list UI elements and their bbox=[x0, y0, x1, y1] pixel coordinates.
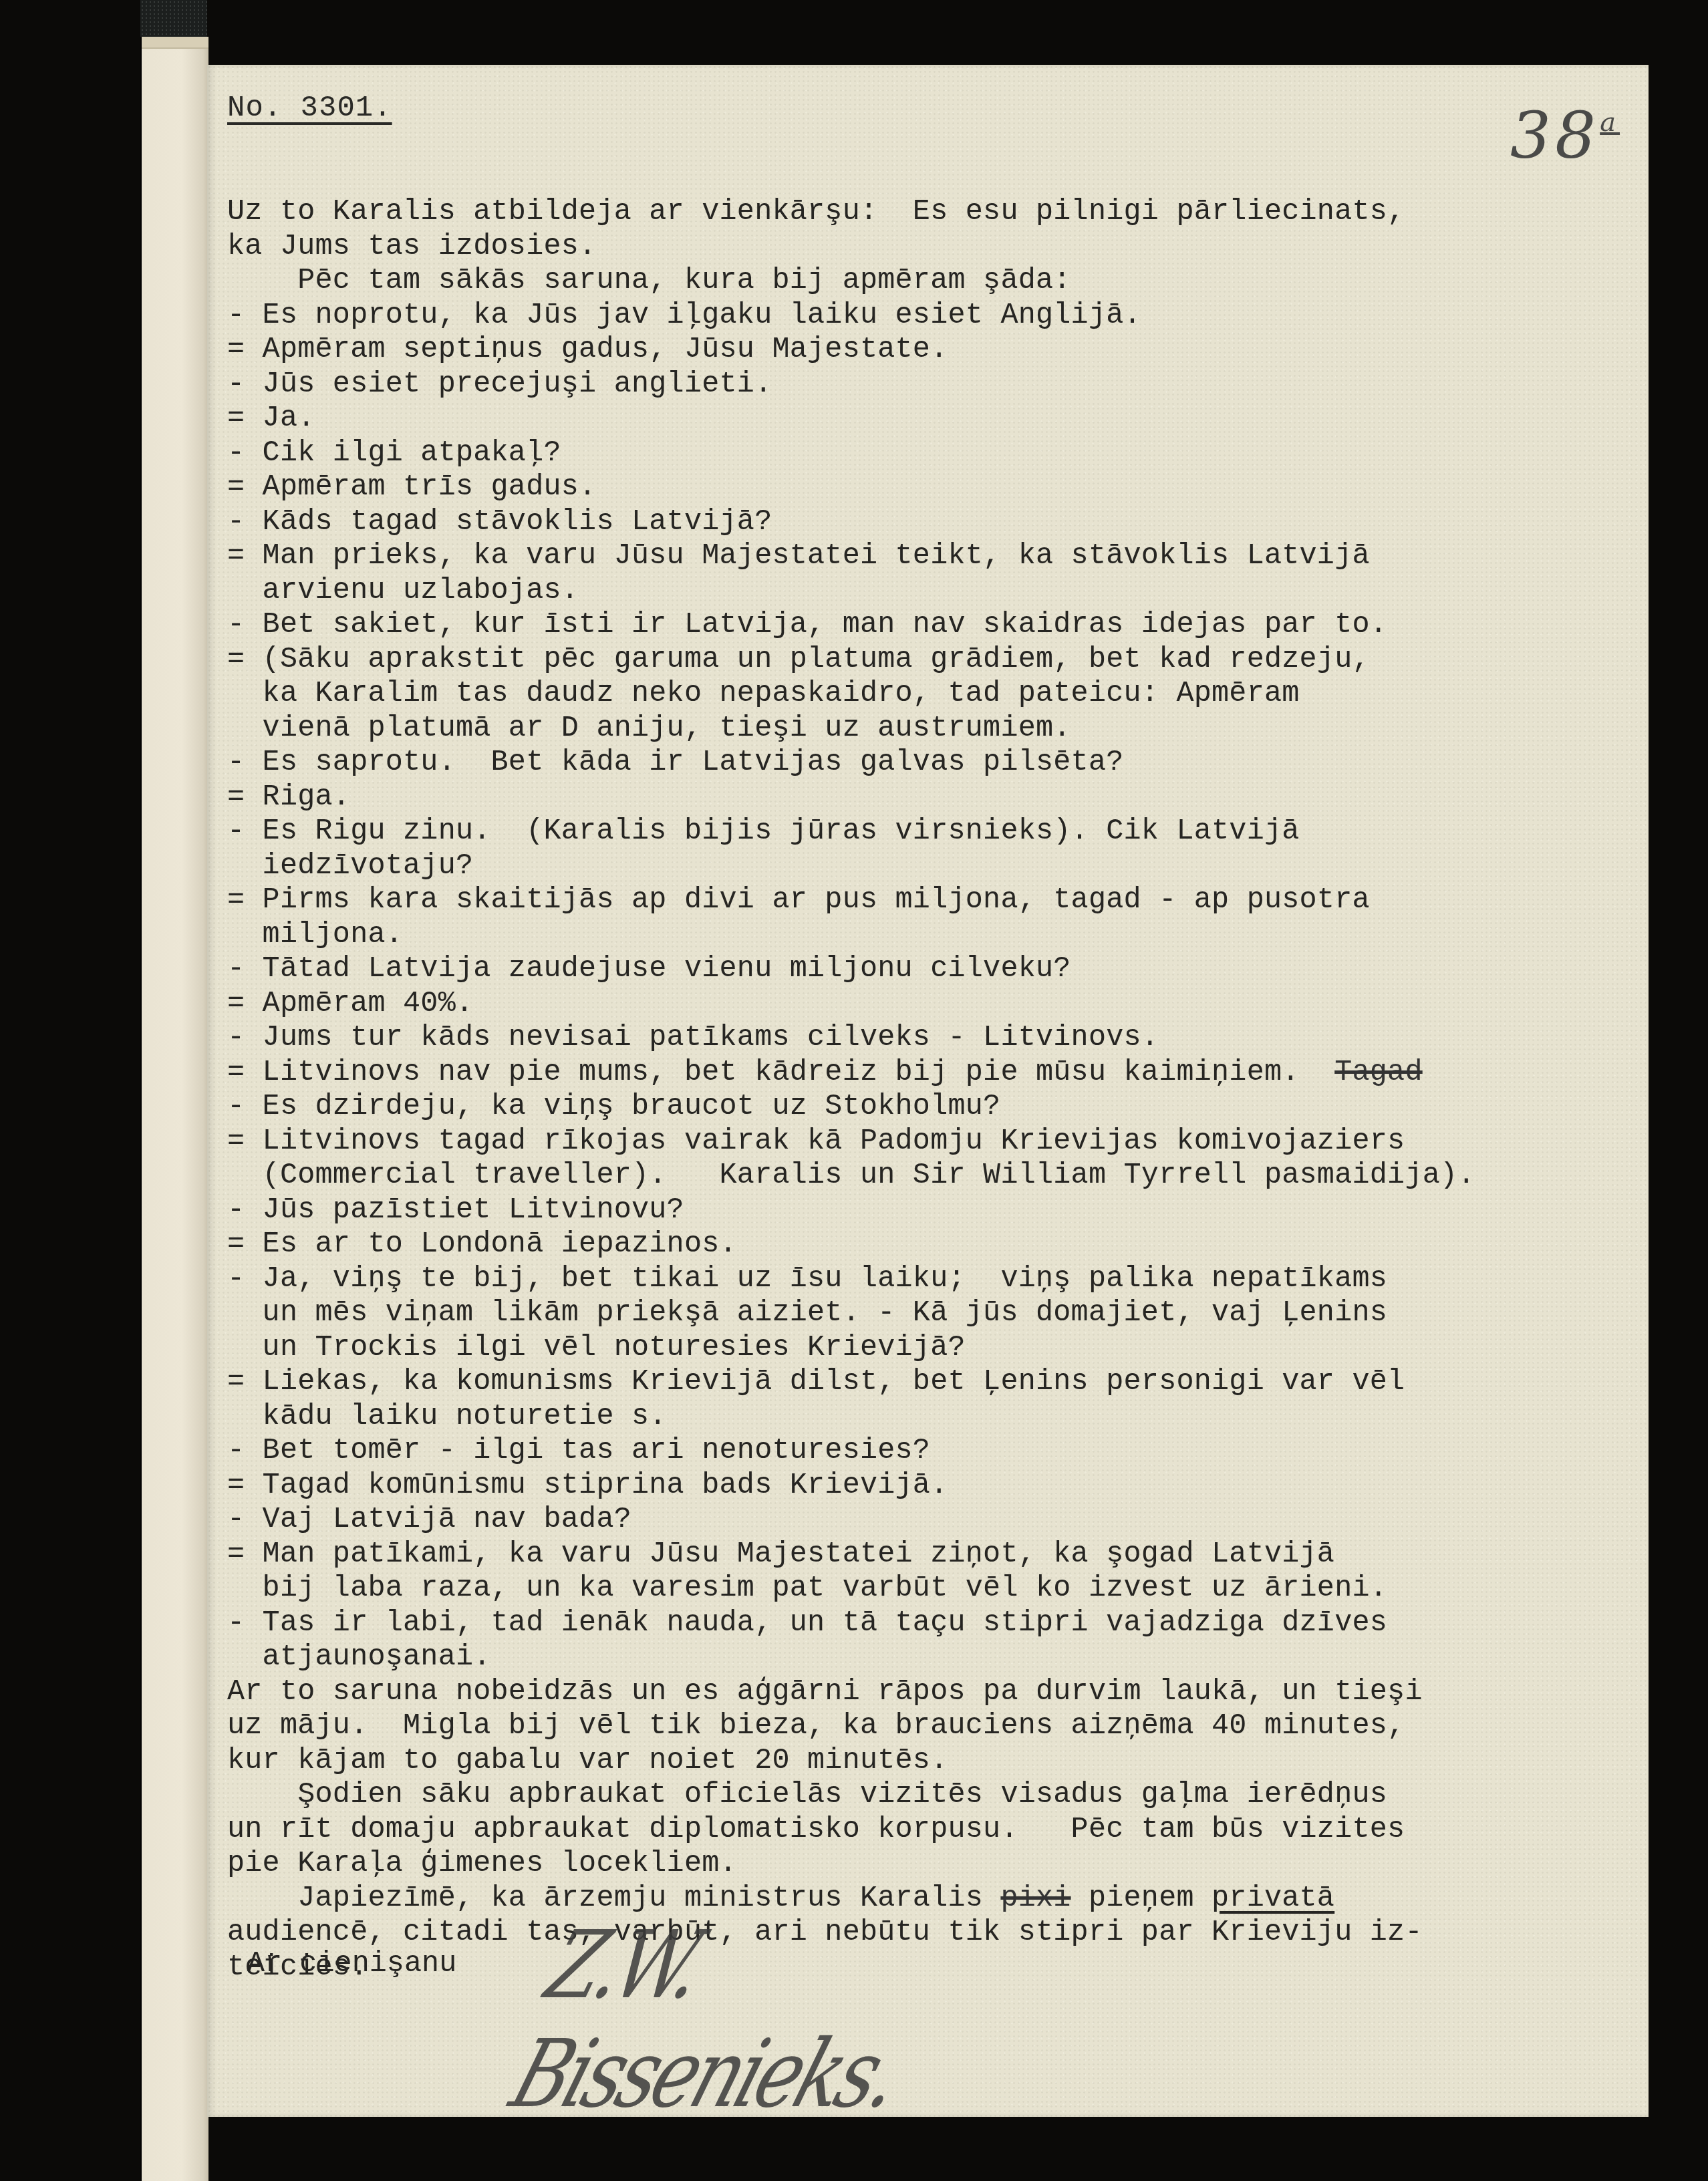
text-line: = Ja. bbox=[227, 402, 1637, 436]
text-line: (Commercial traveller). Karalis un Sir W… bbox=[227, 1159, 1637, 1193]
document-number: No. 3301. bbox=[227, 92, 392, 125]
text-line: - Jums tur kāds nevisai patīkams cilveks… bbox=[227, 1021, 1637, 1056]
text-line: = Apmēram trīs gadus. bbox=[227, 470, 1637, 505]
text-line: - Bet sakiet, kur īsti ir Latvija, man n… bbox=[227, 608, 1637, 643]
closing-salutation: Ar cienişanu bbox=[247, 1948, 456, 1981]
text-line: - Ja, viņş te bij, bet tikai uz īsu laik… bbox=[227, 1262, 1637, 1297]
text-line: Pēc tam sākās saruna, kura bij apmēram ş… bbox=[227, 264, 1637, 299]
text-line: atjaunoşanai. bbox=[227, 1640, 1637, 1675]
text-line: uz māju. Migla bij vēl tik bieza, ka bra… bbox=[227, 1709, 1637, 1744]
text-line: - Cik ilgi atpakaļ? bbox=[227, 436, 1637, 471]
text-line: Ar to saruna nobeidzās un es aģgārni rāp… bbox=[227, 1675, 1637, 1710]
text-line: = Liekas, ka komunisms Krievijā dilst, b… bbox=[227, 1365, 1637, 1400]
text-line: = Man prieks, ka varu Jūsu Majestatei te… bbox=[227, 539, 1637, 574]
text-line: - Es noprotu, ka Jūs jav iļgaku laiku es… bbox=[227, 299, 1637, 333]
text-line: ka Karalim tas daudz neko nepaskaidro, t… bbox=[227, 677, 1637, 712]
text-line: - Tas ir labi, tad ienāk nauda, un tā ta… bbox=[227, 1606, 1637, 1641]
folio-number: 38a bbox=[1510, 98, 1620, 173]
text-line: = Apmēram 40%. bbox=[227, 987, 1637, 1022]
text-line: - Vaj Latvijā nav bada? bbox=[227, 1503, 1637, 1538]
text-line: vienā platumā ar D aniju, tieşi uz austr… bbox=[227, 712, 1637, 746]
text-line: ka Jums tas izdosies. bbox=[227, 230, 1637, 265]
text-line: = Apmēram septiņus gadus, Jūsu Majestate… bbox=[227, 333, 1637, 368]
text-line: = Litvinovs tagad rīkojas vairak kā Pado… bbox=[227, 1125, 1637, 1159]
text-line: - Bet tomēr - ilgi tas ari nenoturesies? bbox=[227, 1434, 1637, 1469]
signature-handwriting: Z.W. Bissenieks. bbox=[499, 1911, 1030, 2129]
text-line: = Pirms kara skaitijās ap divi ar pus mi… bbox=[227, 883, 1637, 918]
text-line: miljona. bbox=[227, 918, 1637, 953]
text-line: - Jūs esiet precejuşi anglieti. bbox=[227, 368, 1637, 402]
text-line: - Kāds tagad stāvoklis Latvijā? bbox=[227, 505, 1637, 540]
text-line: - Es Rigu zinu. (Karalis bijis jūras vir… bbox=[227, 815, 1637, 849]
text-line: bij laba raza, un ka varesim pat varbūt … bbox=[227, 1572, 1637, 1606]
text-line: un Trockis ilgi vēl noturesies Krievijā? bbox=[227, 1331, 1637, 1366]
signature: Z.W. Bissenieks. bbox=[535, 1898, 1109, 2051]
text-line: Şodien sāku apbraukat oficielās vizitēs … bbox=[227, 1778, 1637, 1813]
text-line: - Tātad Latvija zaudejuse vienu miljonu … bbox=[227, 952, 1637, 987]
document-page: No. 3301. 38a Uz to Karalis atbildeja ar… bbox=[207, 65, 1649, 2117]
underlined-word: privatā bbox=[1212, 1882, 1334, 1915]
text-line: = Riga. bbox=[227, 780, 1637, 815]
text-line: iedzīvotaju? bbox=[227, 849, 1637, 884]
text-line: un rīt domaju apbraukat diplomatisko kor… bbox=[227, 1813, 1637, 1848]
text-line: - Es dzirdeju, ka viņş braucot uz Stokho… bbox=[227, 1090, 1637, 1125]
text-line: = Litvinovs nav pie mums, bet kādreiz bi… bbox=[227, 1056, 1637, 1090]
binding-strip bbox=[140, 37, 208, 2181]
binding-tape bbox=[142, 37, 208, 49]
text-line: un mēs viņam likām priekşā aiziet. - Kā … bbox=[227, 1296, 1637, 1331]
text-line: arvienu uzlabojas. bbox=[227, 574, 1637, 609]
binder-cover bbox=[140, 0, 207, 37]
folio-suffix: a bbox=[1600, 107, 1620, 138]
text-line: Uz to Karalis atbildeja ar vienkārşu: Es… bbox=[227, 195, 1637, 230]
struck-word: Tagad bbox=[1334, 1056, 1423, 1089]
text-line: = Es ar to Londonā iepazinos. bbox=[227, 1227, 1637, 1262]
text-line: = (Sāku aprakstit pēc garuma un platuma … bbox=[227, 643, 1637, 678]
text-line: kādu laiku noturetie s. bbox=[227, 1400, 1637, 1435]
text-line: pie Karaļa ģimenes locekliem. bbox=[227, 1847, 1637, 1882]
text-line: = Man patīkami, ka varu Jūsu Majestatei … bbox=[227, 1538, 1637, 1572]
text-line: - Es saprotu. Bet kāda ir Latvijas galva… bbox=[227, 746, 1637, 780]
text-line: - Jūs pazīstiet Litvinovu? bbox=[227, 1193, 1637, 1228]
text-line: = Tagad komūnismu stiprina bads Krievijā… bbox=[227, 1469, 1637, 1503]
letter-body: Uz to Karalis atbildeja ar vienkārşu: Es… bbox=[227, 195, 1637, 1985]
text-line: kur kājam to gabalu var noiet 20 minutēs… bbox=[227, 1744, 1637, 1779]
